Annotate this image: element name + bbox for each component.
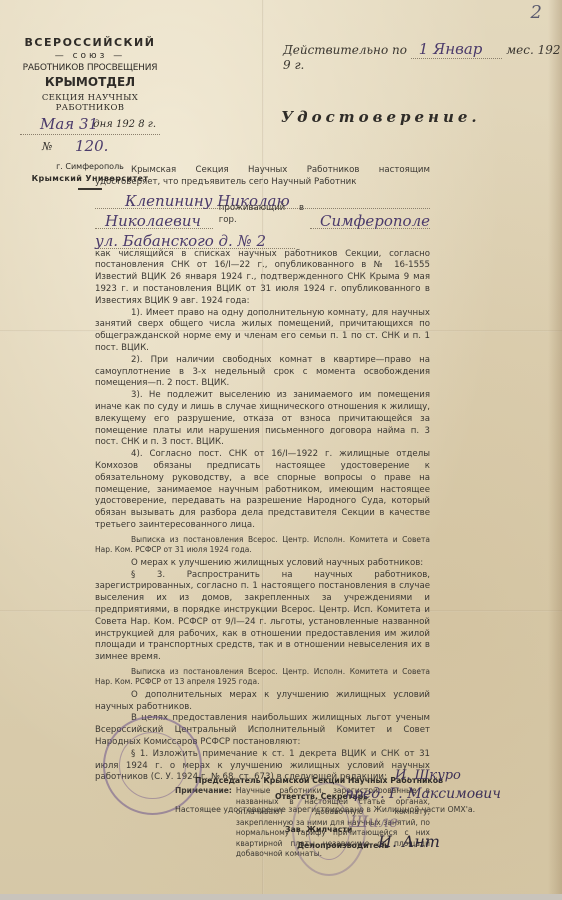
address-handwritten: ул. Бабанского д. № 2 bbox=[95, 236, 295, 249]
letterhead-line-2: — союз — bbox=[20, 51, 160, 61]
intro-text: Крымская Секция Научных Работников насто… bbox=[95, 165, 430, 189]
paper-edge-shadow bbox=[548, 0, 562, 900]
patronymic-row: Николаевич проживающий в гор. Симферопол… bbox=[95, 209, 430, 229]
extract-1-subtitle: О мерах к улучшению жилищных условий нау… bbox=[95, 558, 430, 570]
registration-text: Настоящее удостоверение зарегистрировано… bbox=[175, 805, 475, 814]
number-label: № bbox=[42, 140, 52, 153]
extract-2-heading: Выписка из постановления Всерос. Центр. … bbox=[95, 667, 430, 687]
document-page: 2 ВСЕРОССИЙСКИЙ — союз — РАБОТНИКОВ ПРОС… bbox=[0, 0, 562, 900]
document-title: Удостоверение. bbox=[281, 108, 481, 126]
issue-date-printed: дня 192 8 г. bbox=[93, 119, 156, 130]
clerk-signature: И. Ант bbox=[378, 832, 440, 851]
secretary-signature: пред. Г. Максимович bbox=[345, 786, 501, 802]
letterhead-line-5: СЕКЦИЯ НАУЧНЫХ РАБОТНИКОВ bbox=[20, 93, 160, 113]
housing-head-signature: Шиле bbox=[350, 812, 398, 831]
issue-date-handwritten: Мая 31 bbox=[40, 115, 98, 133]
residing-label: проживающий в гор. bbox=[219, 203, 304, 227]
city-handwritten: Симферополе bbox=[310, 216, 430, 229]
chairman-signature: И. Шкуро bbox=[395, 768, 461, 783]
letterhead-line-4: КРЫМОТДЕЛ bbox=[20, 75, 160, 89]
number-handwritten: 120. bbox=[75, 137, 108, 155]
extract-2-subtitle: О дополнительных мерах к улучшению жилищ… bbox=[95, 690, 430, 714]
address-row: ул. Бабанского д. № 2 bbox=[95, 229, 430, 249]
letterhead-line-1: ВСЕРОССИЙСКИЙ bbox=[20, 36, 160, 49]
extract-1-paragraph: § 3. Распространить на научных работнико… bbox=[95, 570, 430, 664]
extract-1-heading: Выписка из постановления Всерос. Центр. … bbox=[95, 535, 430, 555]
clause-1: 1). Имеет право на одну дополнительную к… bbox=[95, 308, 430, 355]
clause-3: 3). Не подлежит выселению из занимаемого… bbox=[95, 390, 430, 449]
validity-handwritten: 1 Январ bbox=[411, 40, 503, 59]
validity-line: Действительно по 1 Январ мес. 192 9 г. bbox=[283, 40, 562, 72]
validity-prefix: Действительно по bbox=[283, 43, 407, 57]
official-stamp-left bbox=[103, 716, 202, 815]
issue-date: Мая 31 дня 192 8 г. bbox=[20, 119, 160, 135]
clerk-label: Делопроизводитель bbox=[297, 841, 389, 850]
patronymic-handwritten: Николаевич bbox=[95, 216, 213, 229]
intro-legal-basis: как числящийся в списках научных работни… bbox=[95, 249, 430, 308]
scan-bottom-edge bbox=[0, 894, 562, 900]
document-number: № 120. bbox=[20, 140, 160, 155]
page-number: 2 bbox=[531, 2, 542, 23]
housing-head-label: Зав. Жилчасти bbox=[285, 825, 352, 834]
clause-2: 2). При наличии свободных комнат в кварт… bbox=[95, 355, 430, 390]
clause-4: 4). Согласно пост. СНК от 16/I—1922 г. ж… bbox=[95, 449, 430, 532]
letterhead-line-3: РАБОТНИКОВ ПРОСВЕЩЕНИЯ bbox=[20, 63, 160, 73]
